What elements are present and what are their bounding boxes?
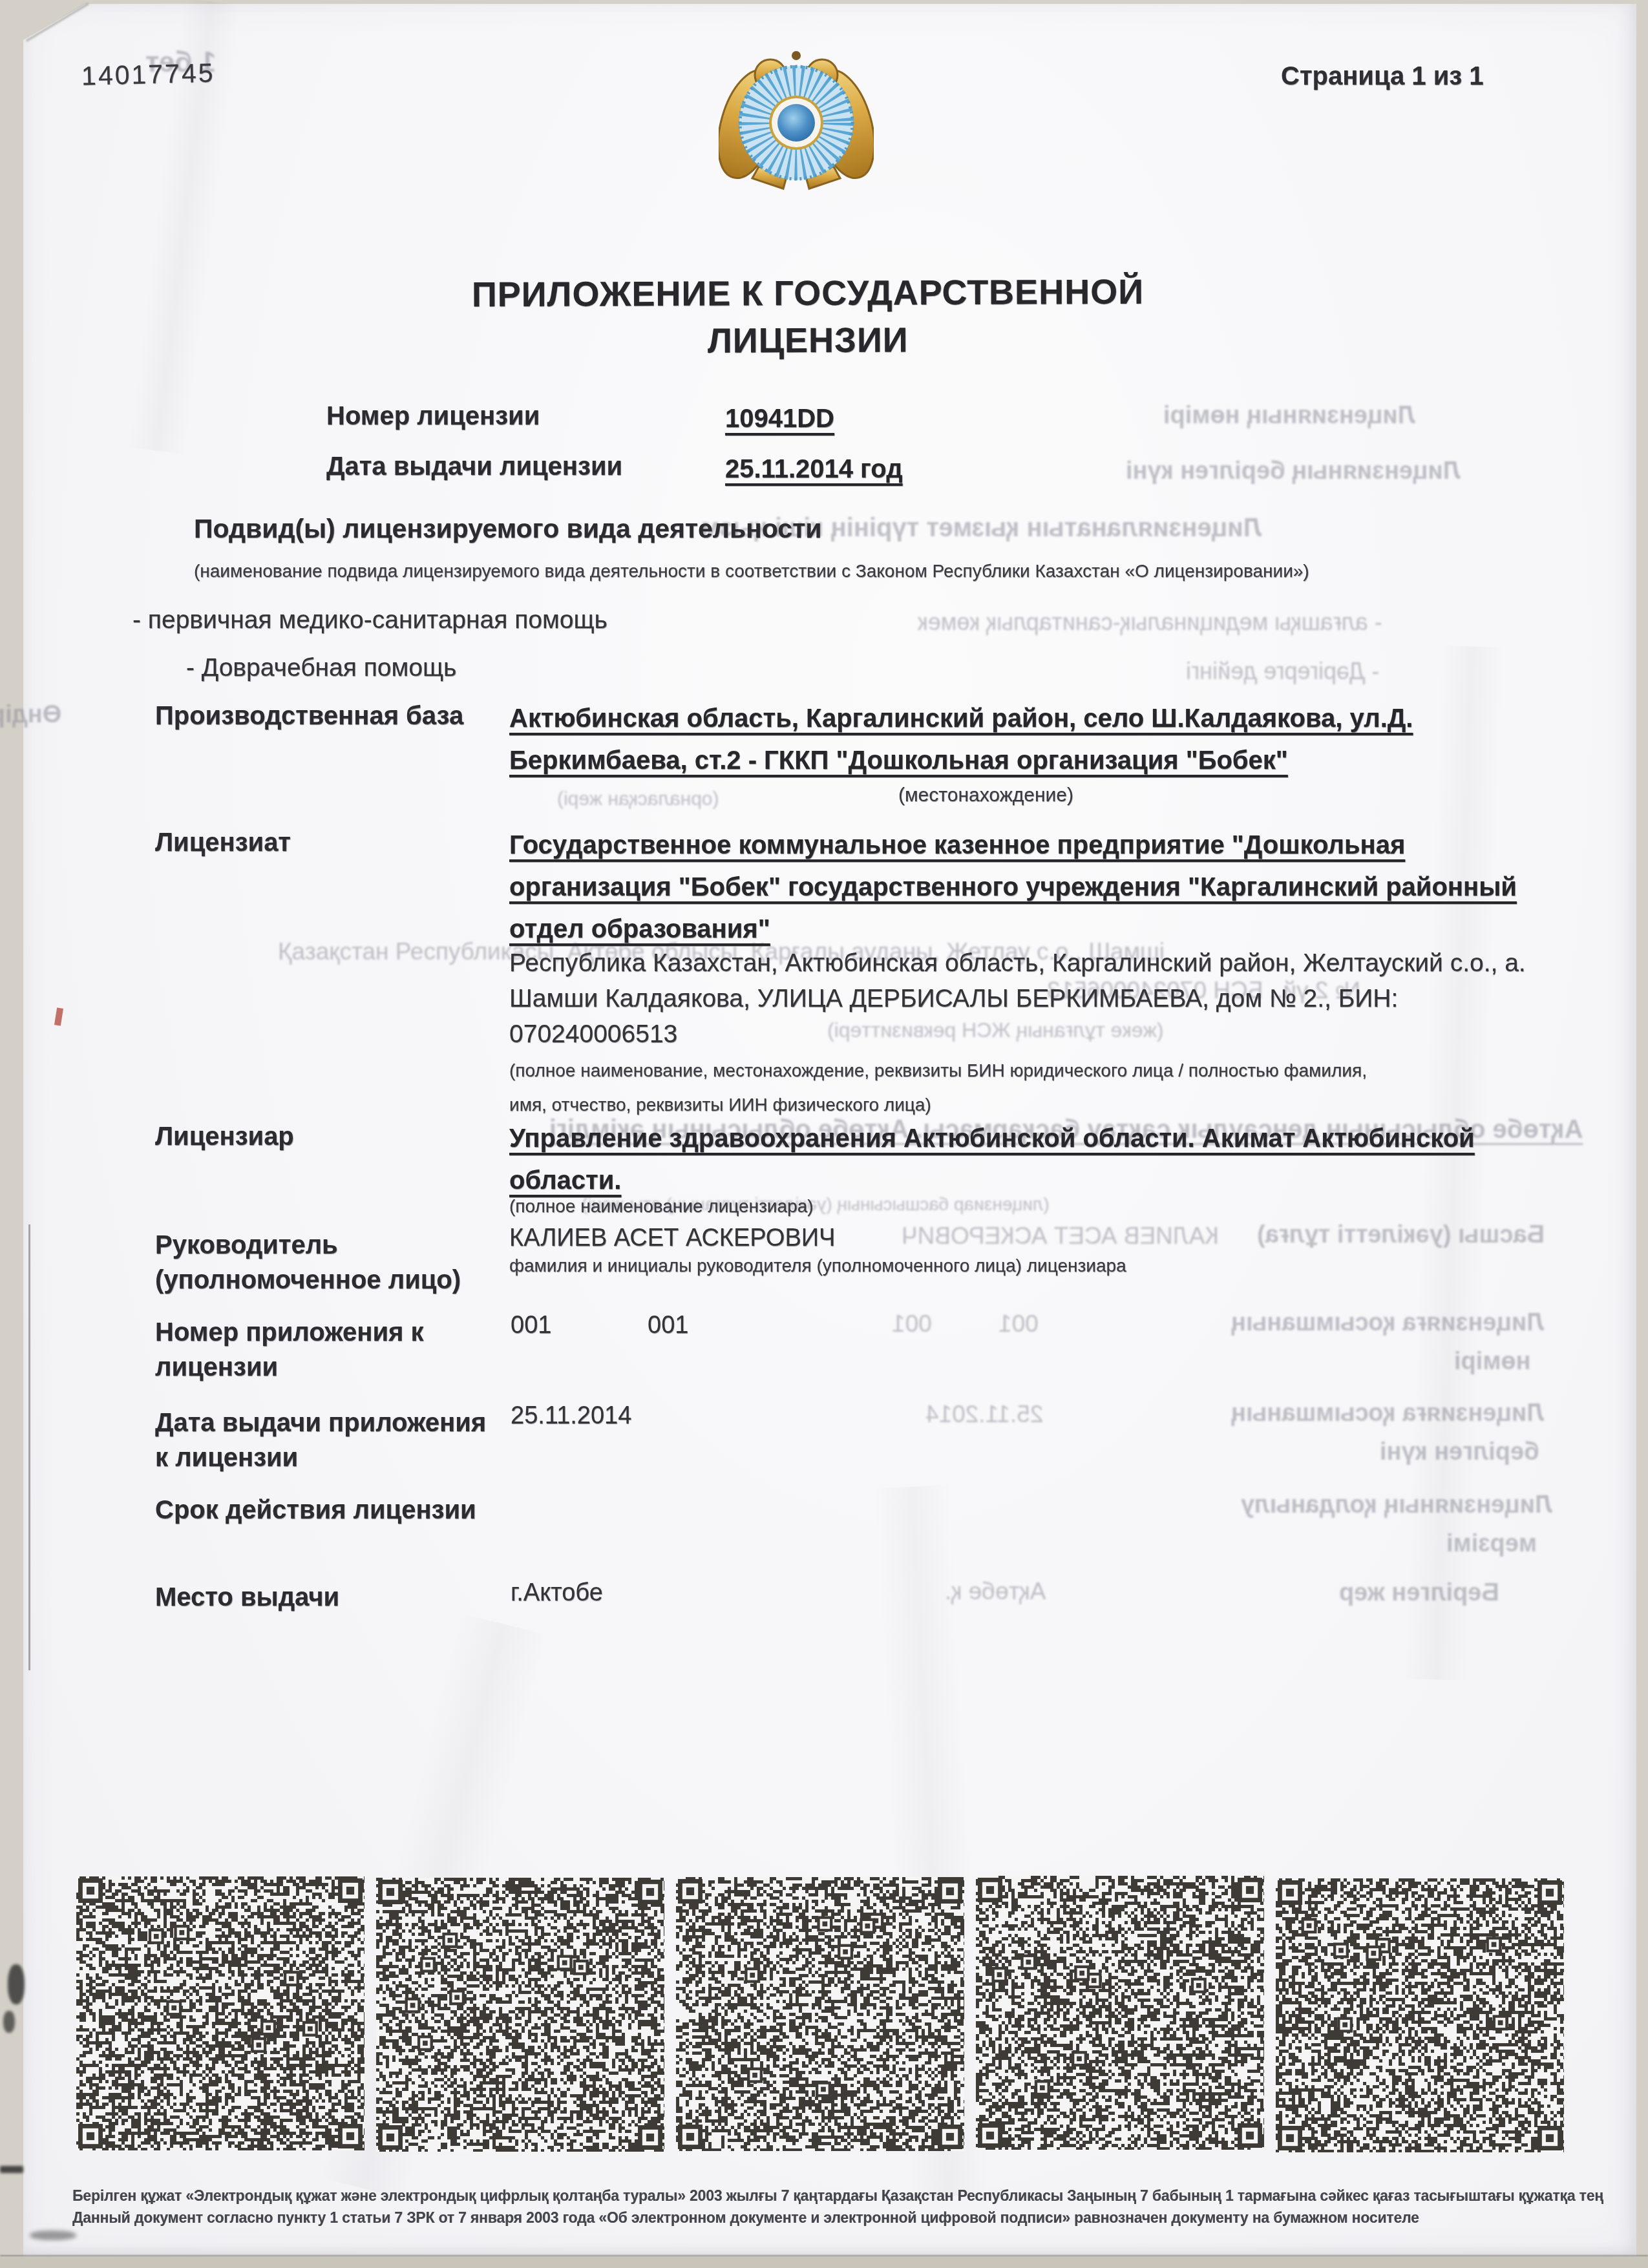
subtype-heading: Подвид(ы) лицензируемого вида деятельнос… [194,514,821,544]
bleedthrough-text: КАЛИЕВ АСЕТ АСКЕРОВИЧ [902,1223,1219,1250]
production-base-value-line1: Актюбинская область, Каргалинский район,… [509,698,1413,740]
scan-smudge [3,2011,15,2033]
scan-edge-line [28,1224,30,1670]
document-serial-number: 14017745 [81,58,215,91]
subtype-item-2: - Доврачебная помощь [186,654,456,682]
licensee-label: Лицензиат [155,828,291,857]
page-indicator: Страница 1 из 1 [1281,62,1484,91]
barcode-block [1276,1878,1564,2152]
licensor-value-line1: Управление здравоохранения Актюбинской о… [509,1118,1475,1160]
barcode-block [76,1876,364,2150]
appendix-number-label-line2: лицензии [155,1350,423,1385]
license-validity-label: Срок действия лицензии [155,1496,476,1525]
head-value: КАЛИЕВ АСЕТ АСКЕРОВИЧ [509,1224,835,1252]
barcode-block [676,1877,964,2151]
bleedthrough-text: - алғашқы медициналық-санитарлық көмек [918,609,1382,636]
licensee-caption-line2: имя, отчество, реквизиты ИИН физического… [509,1087,1367,1122]
bleedthrough-text: - Дәрігерге дейінгі [1186,658,1379,685]
license-number-label: Номер лицензии [326,402,540,431]
bleedthrough-text: Лицензияның нөмірі [1163,402,1415,430]
title-line2: ЛИЦЕНЗИИ [259,315,1357,366]
bleedthrough-text: нөмірі [1454,1348,1531,1376]
bleedthrough-text: Өндірістік [0,701,61,729]
licensee-value-line1: Государственное коммунальное казенное пр… [509,824,1517,866]
bleedthrough-text: Лицензияға қосымшаның [1231,1309,1544,1337]
subtype-item-1: - первичная медико-санитарная помощь [132,606,607,635]
footer-note-russian: Данный документ согласно пункту 1 статьи… [72,2209,1419,2227]
title-line1: ПРИЛОЖЕНИЕ К ГОСУДАРСТВЕННОЙ [259,268,1357,319]
barcode-block [376,1878,664,2152]
barcode-block [976,1876,1264,2150]
bleedthrough-text: 001 [892,1310,932,1338]
document-title: ПРИЛОЖЕНИЕ К ГОСУДАРСТВЕННОЙ ЛИЦЕНЗИИ [259,268,1358,366]
appendix-number-label-line1: Номер приложения к [155,1315,423,1350]
bleedthrough-text: Басшы (уәкілетті тұлға) [1257,1221,1545,1249]
bleedthrough-text: Лицензияның берілген күні [1126,457,1460,485]
scan-smudge [0,2166,23,2173]
production-base-caption: (местонахождение) [898,784,1073,806]
head-label-line2: (уполномоченное лицо) [155,1263,461,1297]
license-issue-date-value: 25.11.2014 год [725,448,903,490]
appendix-date-label-line2: к лицензии [155,1440,486,1475]
bleedthrough-text: Лицензияға қосымшаның [1231,1400,1544,1427]
licensor-label: Лицензиар [155,1122,294,1151]
bleedthrough-text: Ақтөбе қ. [945,1578,1046,1605]
license-issue-date-label: Дата выдачи лицензии [326,452,622,481]
production-base-label: Производственная база [155,702,463,731]
issue-place-label: Место выдачи [155,1583,339,1612]
bleedthrough-text: (орналасқан жері) [557,788,719,810]
appendix-date-value: 25.11.2014 [511,1402,631,1430]
head-caption: фамилия и инициалы руководителя (уполном… [509,1255,1126,1276]
license-number-value: 10941DD [725,398,834,440]
subtype-caption: (наименование подвида лицензируемого вид… [194,561,1309,582]
scan-smudge [8,1964,25,2004]
licensee-value-line2: организация "Бобек" государственного учр… [509,866,1517,908]
issue-place-value: г.Актобе [511,1579,603,1607]
licensor-caption: (полное наименование лицензиара) [509,1196,814,1217]
footer-note-kazakh: Берілген құжат «Электрондық құжат және э… [72,2187,1603,2205]
appendix-number-value-2: 001 [648,1312,688,1339]
bleedthrough-text: Берілген жер [1339,1579,1499,1607]
head-label-line1: Руководитель [155,1228,461,1263]
licensee-address-line3: 070240006513 [509,1016,1526,1052]
licensee-value-line3: отдел образования" [509,908,1517,950]
bleedthrough-text: берілген күні [1380,1438,1539,1466]
appendix-date-label-line1: Дата выдачи приложения [155,1405,486,1440]
bleedthrough-text: 25.11.2014 [925,1401,1043,1428]
bleedthrough-text: мерзімі [1446,1530,1537,1558]
bleedthrough-text: 001 [998,1310,1039,1338]
bleedthrough-text: Лицензияның қолданылу [1241,1491,1552,1519]
production-base-value-line2: Беркимбаева, ст.2 - ГККП "Дошкольная орг… [509,740,1413,782]
licensee-caption-line1: (полное наименование, местонахождение, р… [509,1053,1367,1087]
kazakhstan-emblem-icon [719,39,874,202]
scanner-bed-bottom [0,2256,1648,2268]
scan-smudge [30,2231,76,2240]
licensee-address-line1: Республика Казахстан, Актюбинская област… [509,945,1526,981]
licensee-address-line2: Шамши Калдаякова, УЛИЦА ДЕРБИСАЛЫ БЕРКИМ… [509,981,1526,1016]
scanned-document-page: 1 бетЛицензияның нөміріЛицензияның беріл… [0,0,1648,2268]
appendix-number-value-1: 001 [511,1312,551,1339]
